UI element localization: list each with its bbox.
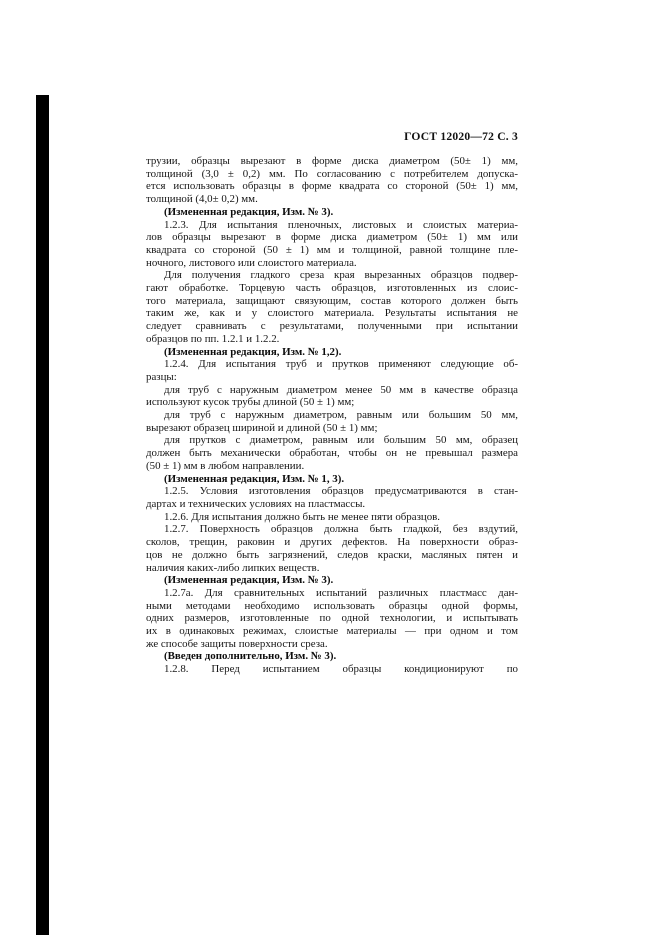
paragraph-line: для прутков с диаметром, равным или боль… xyxy=(146,434,518,447)
paragraph-line: вырезают образец шириной и длиной (50 ± … xyxy=(146,422,518,435)
body-paragraph: трузии, образцы вырезают в форме диска д… xyxy=(146,155,518,206)
body-paragraph: 1.2.7а. Для сравнительных испытаний разл… xyxy=(146,587,518,651)
body-paragraph: 1.2.5. Условия изготовления образцов пре… xyxy=(146,485,518,510)
paragraph-line: квадрата со стороной (50 ± 1) мм и толщи… xyxy=(146,244,518,257)
paragraph-line: (Измененная редакция, Изм. № 3). xyxy=(146,574,518,587)
scanned-document-page: ГОСТ 12020—72 С. 3 трузии, образцы вырез… xyxy=(0,0,661,936)
scan-edge-artifact xyxy=(36,95,49,935)
paragraph-line: 1.2.7. Поверхность образцов должна быть … xyxy=(146,523,518,536)
paragraph-line: цов не должно быть загрязнений, следов к… xyxy=(146,549,518,562)
paragraph-line: того материала, защищают связующим, сост… xyxy=(146,295,518,308)
document-body: трузии, образцы вырезают в форме диска д… xyxy=(146,155,518,676)
paragraph-line: (Введен дополнительно, Изм. № 3). xyxy=(146,650,518,663)
paragraph-line: (Измененная редакция, Изм. № 1,2). xyxy=(146,346,518,359)
paragraph-line: 1.2.5. Условия изготовления образцов пре… xyxy=(146,485,518,498)
paragraph-line: сколов, трещин, раковин и других дефекто… xyxy=(146,536,518,549)
paragraph-line: для труб с наружным диаметром, равным ил… xyxy=(146,409,518,422)
paragraph-line: разцы: xyxy=(146,371,518,384)
amendment-note-paragraph: (Измененная редакция, Изм. № 1,2). xyxy=(146,346,518,359)
paragraph-line: (50 ± 1) мм в любом направлении. xyxy=(146,460,518,473)
paragraph-line: лов образцы вырезают в форме диска диаме… xyxy=(146,231,518,244)
body-paragraph: для прутков с диаметром, равным или боль… xyxy=(146,434,518,472)
paragraph-line: 1.2.7а. Для сравнительных испытаний разл… xyxy=(146,587,518,600)
paragraph-line: образцов по пп. 1.2.1 и 1.2.2. xyxy=(146,333,518,346)
paragraph-line: используют кусок трубы длиной (50 ± 1) м… xyxy=(146,396,518,409)
body-paragraph: 1.2.4. Для испытания труб и прутков прим… xyxy=(146,358,518,383)
paragraph-line: дартах и технических условиях на пластма… xyxy=(146,498,518,511)
paragraph-line: следует сравнивать с результатами, получ… xyxy=(146,320,518,333)
paragraph-line: 1.2.4. Для испытания труб и прутков прим… xyxy=(146,358,518,371)
amendment-note-paragraph: (Измененная редакция, Изм. № 1, 3). xyxy=(146,473,518,486)
paragraph-line: ными методами необходимо использовать об… xyxy=(146,600,518,613)
paragraph-line: толщиной (3,0 ± 0,2) мм. По согласованию… xyxy=(146,168,518,181)
paragraph-line: гают обработке. Торцевую часть образцов,… xyxy=(146,282,518,295)
paragraph-line: (Измененная редакция, Изм. № 3). xyxy=(146,206,518,219)
amendment-note-paragraph: (Введен дополнительно, Изм. № 3). xyxy=(146,650,518,663)
paragraph-line: их в одинаковых режимах, слоистые матери… xyxy=(146,625,518,638)
paragraph-line: (Измененная редакция, Изм. № 1, 3). xyxy=(146,473,518,486)
paragraph-line: же способе защиты поверхности среза. xyxy=(146,638,518,651)
body-paragraph: для труб с наружным диаметром, равным ил… xyxy=(146,409,518,434)
paragraph-line: таким же, как и у слоистого материала. Р… xyxy=(146,307,518,320)
body-paragraph: для труб с наружным диаметром менее 50 м… xyxy=(146,384,518,409)
paragraph-line: для труб с наружным диаметром менее 50 м… xyxy=(146,384,518,397)
paragraph-line: Для получения гладкого среза края выреза… xyxy=(146,269,518,282)
page-header: ГОСТ 12020—72 С. 3 xyxy=(146,130,518,143)
paragraph-line: 1.2.3. Для испытания пленочных, листовых… xyxy=(146,219,518,232)
body-paragraph: 1.2.7. Поверхность образцов должна быть … xyxy=(146,523,518,574)
body-paragraph: 1.2.6. Для испытания должно быть не мене… xyxy=(146,511,518,524)
paragraph-line: ется использовать образцы в форме квадра… xyxy=(146,180,518,193)
paragraph-line: наличия каких-либо липких веществ. xyxy=(146,562,518,575)
paragraph-line: ночного, листового или слоистого материа… xyxy=(146,257,518,270)
amendment-note-paragraph: (Измененная редакция, Изм. № 3). xyxy=(146,206,518,219)
body-paragraph: Для получения гладкого среза края выреза… xyxy=(146,269,518,345)
paragraph-line: 1.2.8. Перед испытанием образцы кондицио… xyxy=(146,663,518,676)
paragraph-line: 1.2.6. Для испытания должно быть не мене… xyxy=(146,511,518,524)
paragraph-line: одних размеров, изготовленные по одной т… xyxy=(146,612,518,625)
paragraph-line: трузии, образцы вырезают в форме диска д… xyxy=(146,155,518,168)
body-paragraph: 1.2.8. Перед испытанием образцы кондицио… xyxy=(146,663,518,676)
amendment-note-paragraph: (Измененная редакция, Изм. № 3). xyxy=(146,574,518,587)
body-paragraph: 1.2.3. Для испытания пленочных, листовых… xyxy=(146,219,518,270)
paragraph-line: должен быть механически обработан, чтобы… xyxy=(146,447,518,460)
paragraph-line: толщиной (4,0± 0,2) мм. xyxy=(146,193,518,206)
